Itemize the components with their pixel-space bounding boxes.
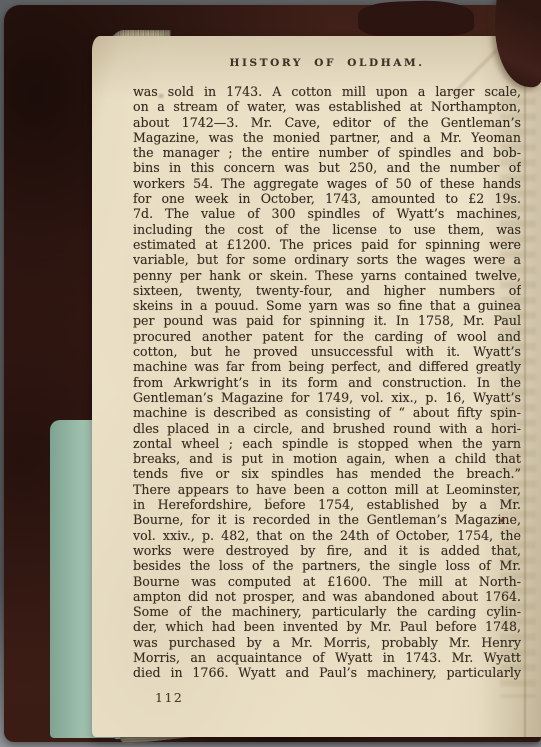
text-line: was purchased by a Mr. Morris, probably … [133,635,521,650]
text-line: cotton, but he proved unsuccessful with … [133,344,521,359]
running-header: HISTORY OF OLDHAM. [133,57,521,69]
text-line: zontal wheel ; each spindle is stopped w… [133,436,521,451]
text-line: Bourne was computed at £1600. The mill a… [133,574,521,589]
text-line: besides the loss of the partners, the si… [133,558,521,573]
text-line: works were destroyed by fire, and it is … [133,543,521,558]
foxing-spot-brown [268,497,272,501]
text-line: Some of the machinery, particularly the … [133,604,521,619]
text-line: der, which had been invented by Mr. Paul… [133,619,521,634]
text-line: vol. xxiv., p. 482, that on the 24th of … [133,528,521,543]
text-line: died in 1766. Wyatt and Paul’s machinery… [133,665,521,680]
foxing-spot-red [499,518,505,523]
text-line: Magazine, was the monied partner, and a … [133,130,521,145]
text-line: bins in this concern was but 250, and th… [133,160,521,175]
photo-background: HISTORY OF OLDHAM. was sold in 1743. A c… [0,0,541,747]
text-line: in Herefordshire, before 1754, establish… [133,497,521,512]
text-line: sixteen, twenty, twenty-four, and higher… [133,283,521,298]
text-line: penny per hank or skein. These yarns con… [133,268,521,283]
text-line: breaks, and is put in motion again, when… [133,451,521,466]
foxing-smudge [156,93,166,99]
text-line: on a stream of water, was established at… [133,99,521,114]
text-line: Bourne, for it is recorded in the Gentle… [133,512,521,527]
text-line: per pound was paid for spinning it. In 1… [133,313,521,328]
page-number: 112 [155,690,183,705]
text-line: tends five or six spindles has mended th… [133,466,521,481]
text-line: the manager ; the entire number of spind… [133,145,521,160]
text-line: workers 54. The aggregate wages of 50 of… [133,176,521,191]
text-line: machine is described as consisting of “ … [133,405,521,420]
text-line: dles placed in a circle, and brushed rou… [133,421,521,436]
text-line: about 1742—3. Mr. Cave, editor of the Ge… [133,115,521,130]
body-text: was sold in 1743. A cotton mill upon a l… [133,84,521,681]
text-line: 7d. The value of 300 spindles of Wyatt’s… [133,206,521,221]
text-line: ampton did not prosper, and was abandone… [133,589,521,604]
text-line: skeins in a pouud. Some yarn was so fine… [133,298,521,313]
text-line: machine was far from being perfect, and … [133,359,521,374]
text-line: Gentleman’s Magazine for 1749, vol. xix.… [133,390,521,405]
text-line: including the cost of the license to use… [133,222,521,237]
text-line: There appears to have been a cotton mill… [133,482,521,497]
text-line: variable, but for some ordinary sorts th… [133,252,521,267]
text-line: Morris, an acquaintance of Wyatt in 1743… [133,650,521,665]
book-page: HISTORY OF OLDHAM. was sold in 1743. A c… [92,36,541,737]
text-line: procured another patent for the carding … [133,329,521,344]
cover-top-edge [358,0,475,39]
text-line: from Arkwright’s in its form and constru… [133,375,521,390]
text-line: was sold in 1743. A cotton mill upon a l… [133,84,521,99]
text-line: estimated at £1200. The prices paid for … [133,237,521,252]
text-line: for one week in October, 1743, amounted … [133,191,521,206]
